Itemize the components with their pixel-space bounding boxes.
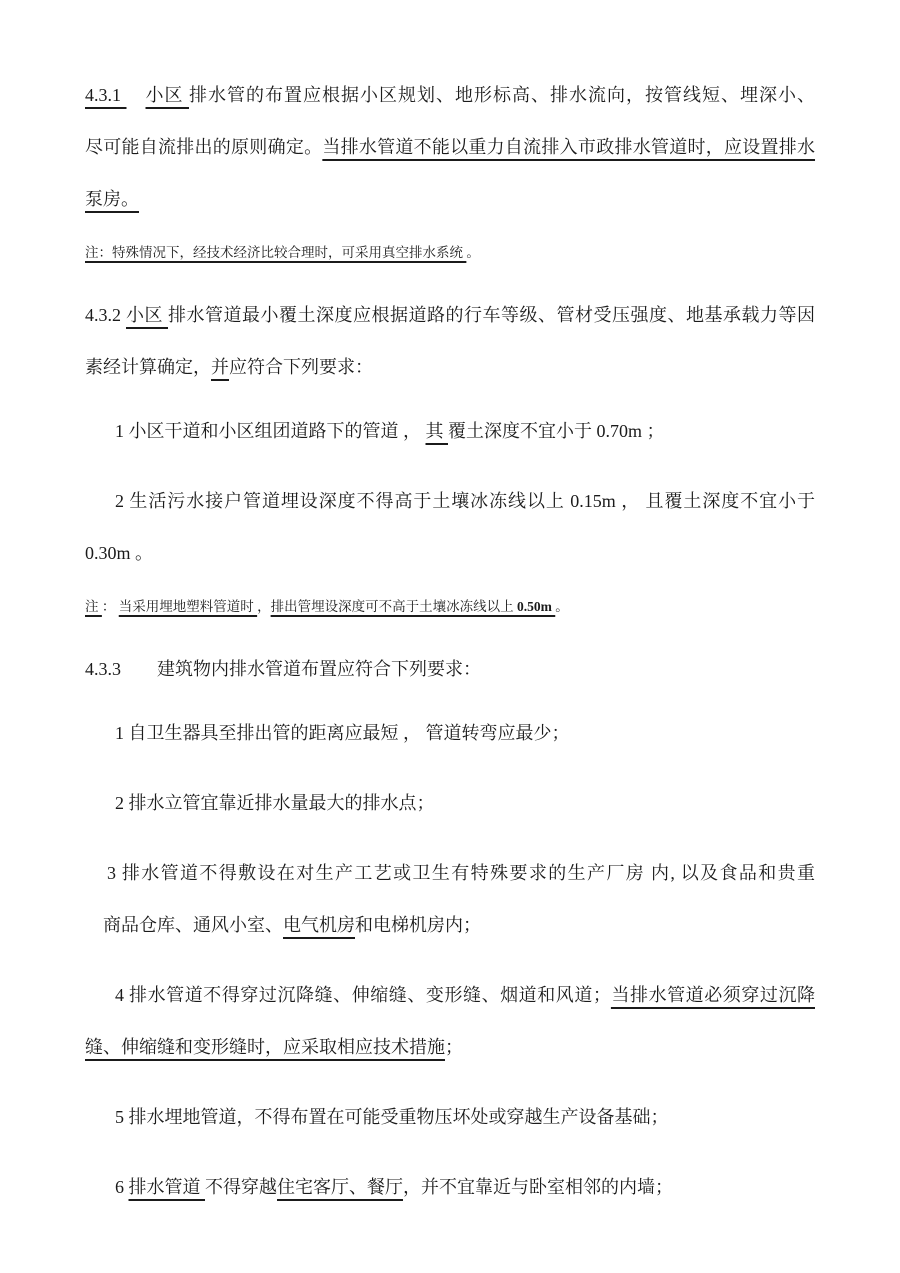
- text-segment: 不得穿越: [205, 1177, 277, 1197]
- clause-4.3.3: 4.3.3 建筑物内排水管道布置应符合下列要求：: [85, 643, 815, 695]
- text-segment: 素经计算确定，: [85, 357, 211, 377]
- text-segment: 覆土深度不宜小于 0.70m ；: [448, 421, 665, 441]
- text-segment: 2 生活污水接户管道埋设深度不得高于土壤冰冻线以上 0.15m ， 且覆土深度不…: [115, 491, 815, 511]
- text-segment: 6: [115, 1177, 129, 1197]
- text-line: 1 小区干道和小区组团道路下的管道 ， 其 覆土深度不宜小于 0.70m ；: [85, 405, 815, 457]
- clause-4.3.2: 4.3.2 小区 排水管道最小覆土深度应根据道路的行车等级、管材受压强度、地基承…: [85, 289, 815, 393]
- note-buried-plastic-pipe: 注 ： 当采用埋地塑料管道时 ，排出管埋设深度可不高于土壤冰冻线以上 0.50m…: [85, 597, 815, 617]
- text-segment: 1 小区干道和小区组团道路下的管道 ，: [115, 421, 426, 441]
- text-segment: 。: [466, 245, 480, 260]
- text-segment: ，并不宜靠近与卧室相邻的内墙；: [403, 1177, 673, 1197]
- text-segment: 4.3.3 建筑物内排水管道布置应符合下列要求：: [85, 659, 481, 679]
- underlined-text: 0.50m: [517, 599, 555, 614]
- text-segment: 0.30m 。: [85, 543, 153, 563]
- text-line: 商品仓库、通风小室、电气机房和电梯机房内；: [85, 899, 815, 951]
- text-line: 素经计算确定，并应符合下列要求：: [85, 341, 815, 393]
- underlined-text: 当排水管道必须穿过沉降: [611, 985, 815, 1005]
- text-line: 3 排水管道不得敷设在对生产工艺或卫生有特殊要求的生产厂房 内, 以及食品和贵重: [85, 847, 815, 899]
- underlined-text: 4.3.1: [85, 85, 127, 105]
- text-line: 缝、伸缩缝和变形缝时，应采取相应技术措施；: [85, 1021, 815, 1073]
- underlined-text: 当采用埋地塑料管道时: [119, 599, 257, 614]
- clause-4.3.3-item-5: 5 排水埋地管道，不得布置在可能受重物压坏处或穿越生产设备基础；: [85, 1091, 815, 1143]
- underlined-text: 其: [426, 421, 449, 441]
- text-line: 4.3.1 小区 排水管的布置应根据小区规划、地形标高、排水流向，按管线短、埋深…: [85, 69, 815, 121]
- underlined-text: 住宅客厅、餐厅: [277, 1177, 403, 1197]
- text-segment: 排水管道最小覆土深度应根据道路的行车等级、管材受压强度、地基承载力等因: [168, 305, 815, 325]
- document-content: 4.3.1 小区 排水管的布置应根据小区规划、地形标高、排水流向，按管线短、埋深…: [85, 69, 815, 1213]
- text-line: 4.3.2 小区 排水管道最小覆土深度应根据道路的行车等级、管材受压强度、地基承…: [85, 289, 815, 341]
- text-line: 5 排水埋地管道，不得布置在可能受重物压坏处或穿越生产设备基础；: [85, 1091, 815, 1143]
- underlined-text: 小区: [146, 85, 190, 105]
- text-line: 注 ： 当采用埋地塑料管道时 ，排出管埋设深度可不高于土壤冰冻线以上 0.50m…: [85, 597, 815, 617]
- clause-4.3.3-item-1: 1 自卫生器具至排出管的距离应最短 ， 管道转弯应最少；: [85, 707, 815, 759]
- text-segment: 1 自卫生器具至排出管的距离应最短 ， 管道转弯应最少；: [115, 723, 570, 743]
- clause-4.3.3-item-6: 6 排水管道 不得穿越住宅客厅、餐厅，并不宜靠近与卧室相邻的内墙；: [85, 1161, 815, 1213]
- text-segment: ，: [257, 599, 271, 614]
- clause-4.3.1: 4.3.1 小区 排水管的布置应根据小区规划、地形标高、排水流向，按管线短、埋深…: [85, 69, 815, 225]
- clause-4.3.3-item-3: 3 排水管道不得敷设在对生产工艺或卫生有特殊要求的生产厂房 内, 以及食品和贵重…: [85, 847, 815, 951]
- text-segment: 商品仓库、通风小室、: [103, 915, 283, 935]
- text-segment: 5 排水埋地管道，不得布置在可能受重物压坏处或穿越生产设备基础；: [115, 1107, 669, 1127]
- underlined-text: 排水管道: [129, 1177, 206, 1197]
- underlined-text: 当排水管道不能以重力自流排入市政排水管道时，应设置排水: [322, 137, 815, 157]
- text-line: 6 排水管道 不得穿越住宅客厅、餐厅，并不宜靠近与卧室相邻的内墙；: [85, 1161, 815, 1213]
- clause-4.3.2-item-1: 1 小区干道和小区组团道路下的管道 ， 其 覆土深度不宜小于 0.70m ；: [85, 405, 815, 457]
- text-segment: 4 排水管道不得穿过沉降缝、伸缩缝、变形缝、烟道和风道；: [115, 985, 611, 1005]
- text-line: 0.30m 。: [85, 527, 815, 579]
- text-line: 尽可能自流排出的原则确定。当排水管道不能以重力自流排入市政排水管道时，应设置排水: [85, 121, 815, 173]
- clause-4.3.3-item-2: 2 排水立管宜靠近排水量最大的排水点；: [85, 777, 815, 829]
- text-segment: ：: [102, 599, 119, 614]
- underlined-text: 注: [85, 599, 102, 614]
- text-line: 4.3.3 建筑物内排水管道布置应符合下列要求：: [85, 643, 815, 695]
- document-page: 4.3.1 小区 排水管的布置应根据小区规划、地形标高、排水流向，按管线短、埋深…: [0, 0, 900, 1273]
- text-segment: 。: [555, 599, 569, 614]
- text-segment: 3 排水管道不得敷设在对生产工艺或卫生有特殊要求的生产厂房 内, 以及食品和贵重: [107, 863, 815, 883]
- text-segment: 2 排水立管宜靠近排水量最大的排水点；: [115, 793, 435, 813]
- underlined-text: 注：特殊情况下，经技术经济比较合理时，可采用真空排水系统: [85, 245, 466, 260]
- text-segment: ；: [445, 1037, 463, 1057]
- text-segment: 排水管的布置应根据小区规划、地形标高、排水流向，按管线短、埋深小、: [189, 85, 815, 105]
- text-line: 4 排水管道不得穿过沉降缝、伸缩缝、变形缝、烟道和风道；当排水管道必须穿过沉降: [85, 969, 815, 1021]
- underlined-text: 并: [211, 357, 229, 377]
- clause-4.3.2-item-2: 2 生活污水接户管道埋设深度不得高于土壤冰冻线以上 0.15m ， 且覆土深度不…: [85, 475, 815, 579]
- text-line: 2 生活污水接户管道埋设深度不得高于土壤冰冻线以上 0.15m ， 且覆土深度不…: [85, 475, 815, 527]
- underlined-text: 排出管埋设深度可不高于土壤冰冻线以上: [271, 599, 517, 614]
- text-segment: 4.3.2: [85, 305, 126, 325]
- text-segment: 应符合下列要求：: [229, 357, 373, 377]
- clause-4.3.3-item-4: 4 排水管道不得穿过沉降缝、伸缩缝、变形缝、烟道和风道；当排水管道必须穿过沉降缝…: [85, 969, 815, 1073]
- text-segment: [127, 85, 146, 105]
- underlined-text: 缝、伸缩缝和变形缝时，应采取相应技术措施: [85, 1037, 445, 1057]
- text-line: 2 排水立管宜靠近排水量最大的排水点；: [85, 777, 815, 829]
- underlined-text: 泵房。: [85, 189, 139, 209]
- text-segment: 尽可能自流排出的原则确定。: [85, 137, 322, 157]
- note-vacuum-drainage: 注：特殊情况下，经技术经济比较合理时，可采用真空排水系统 。: [85, 243, 815, 263]
- underlined-text: 电气机房: [283, 915, 355, 935]
- text-line: 注：特殊情况下，经技术经济比较合理时，可采用真空排水系统 。: [85, 243, 815, 263]
- text-segment: 和电梯机房内；: [355, 915, 481, 935]
- text-line: 1 自卫生器具至排出管的距离应最短 ， 管道转弯应最少；: [85, 707, 815, 759]
- underlined-text: 小区: [126, 305, 168, 325]
- text-line: 泵房。: [85, 173, 815, 225]
